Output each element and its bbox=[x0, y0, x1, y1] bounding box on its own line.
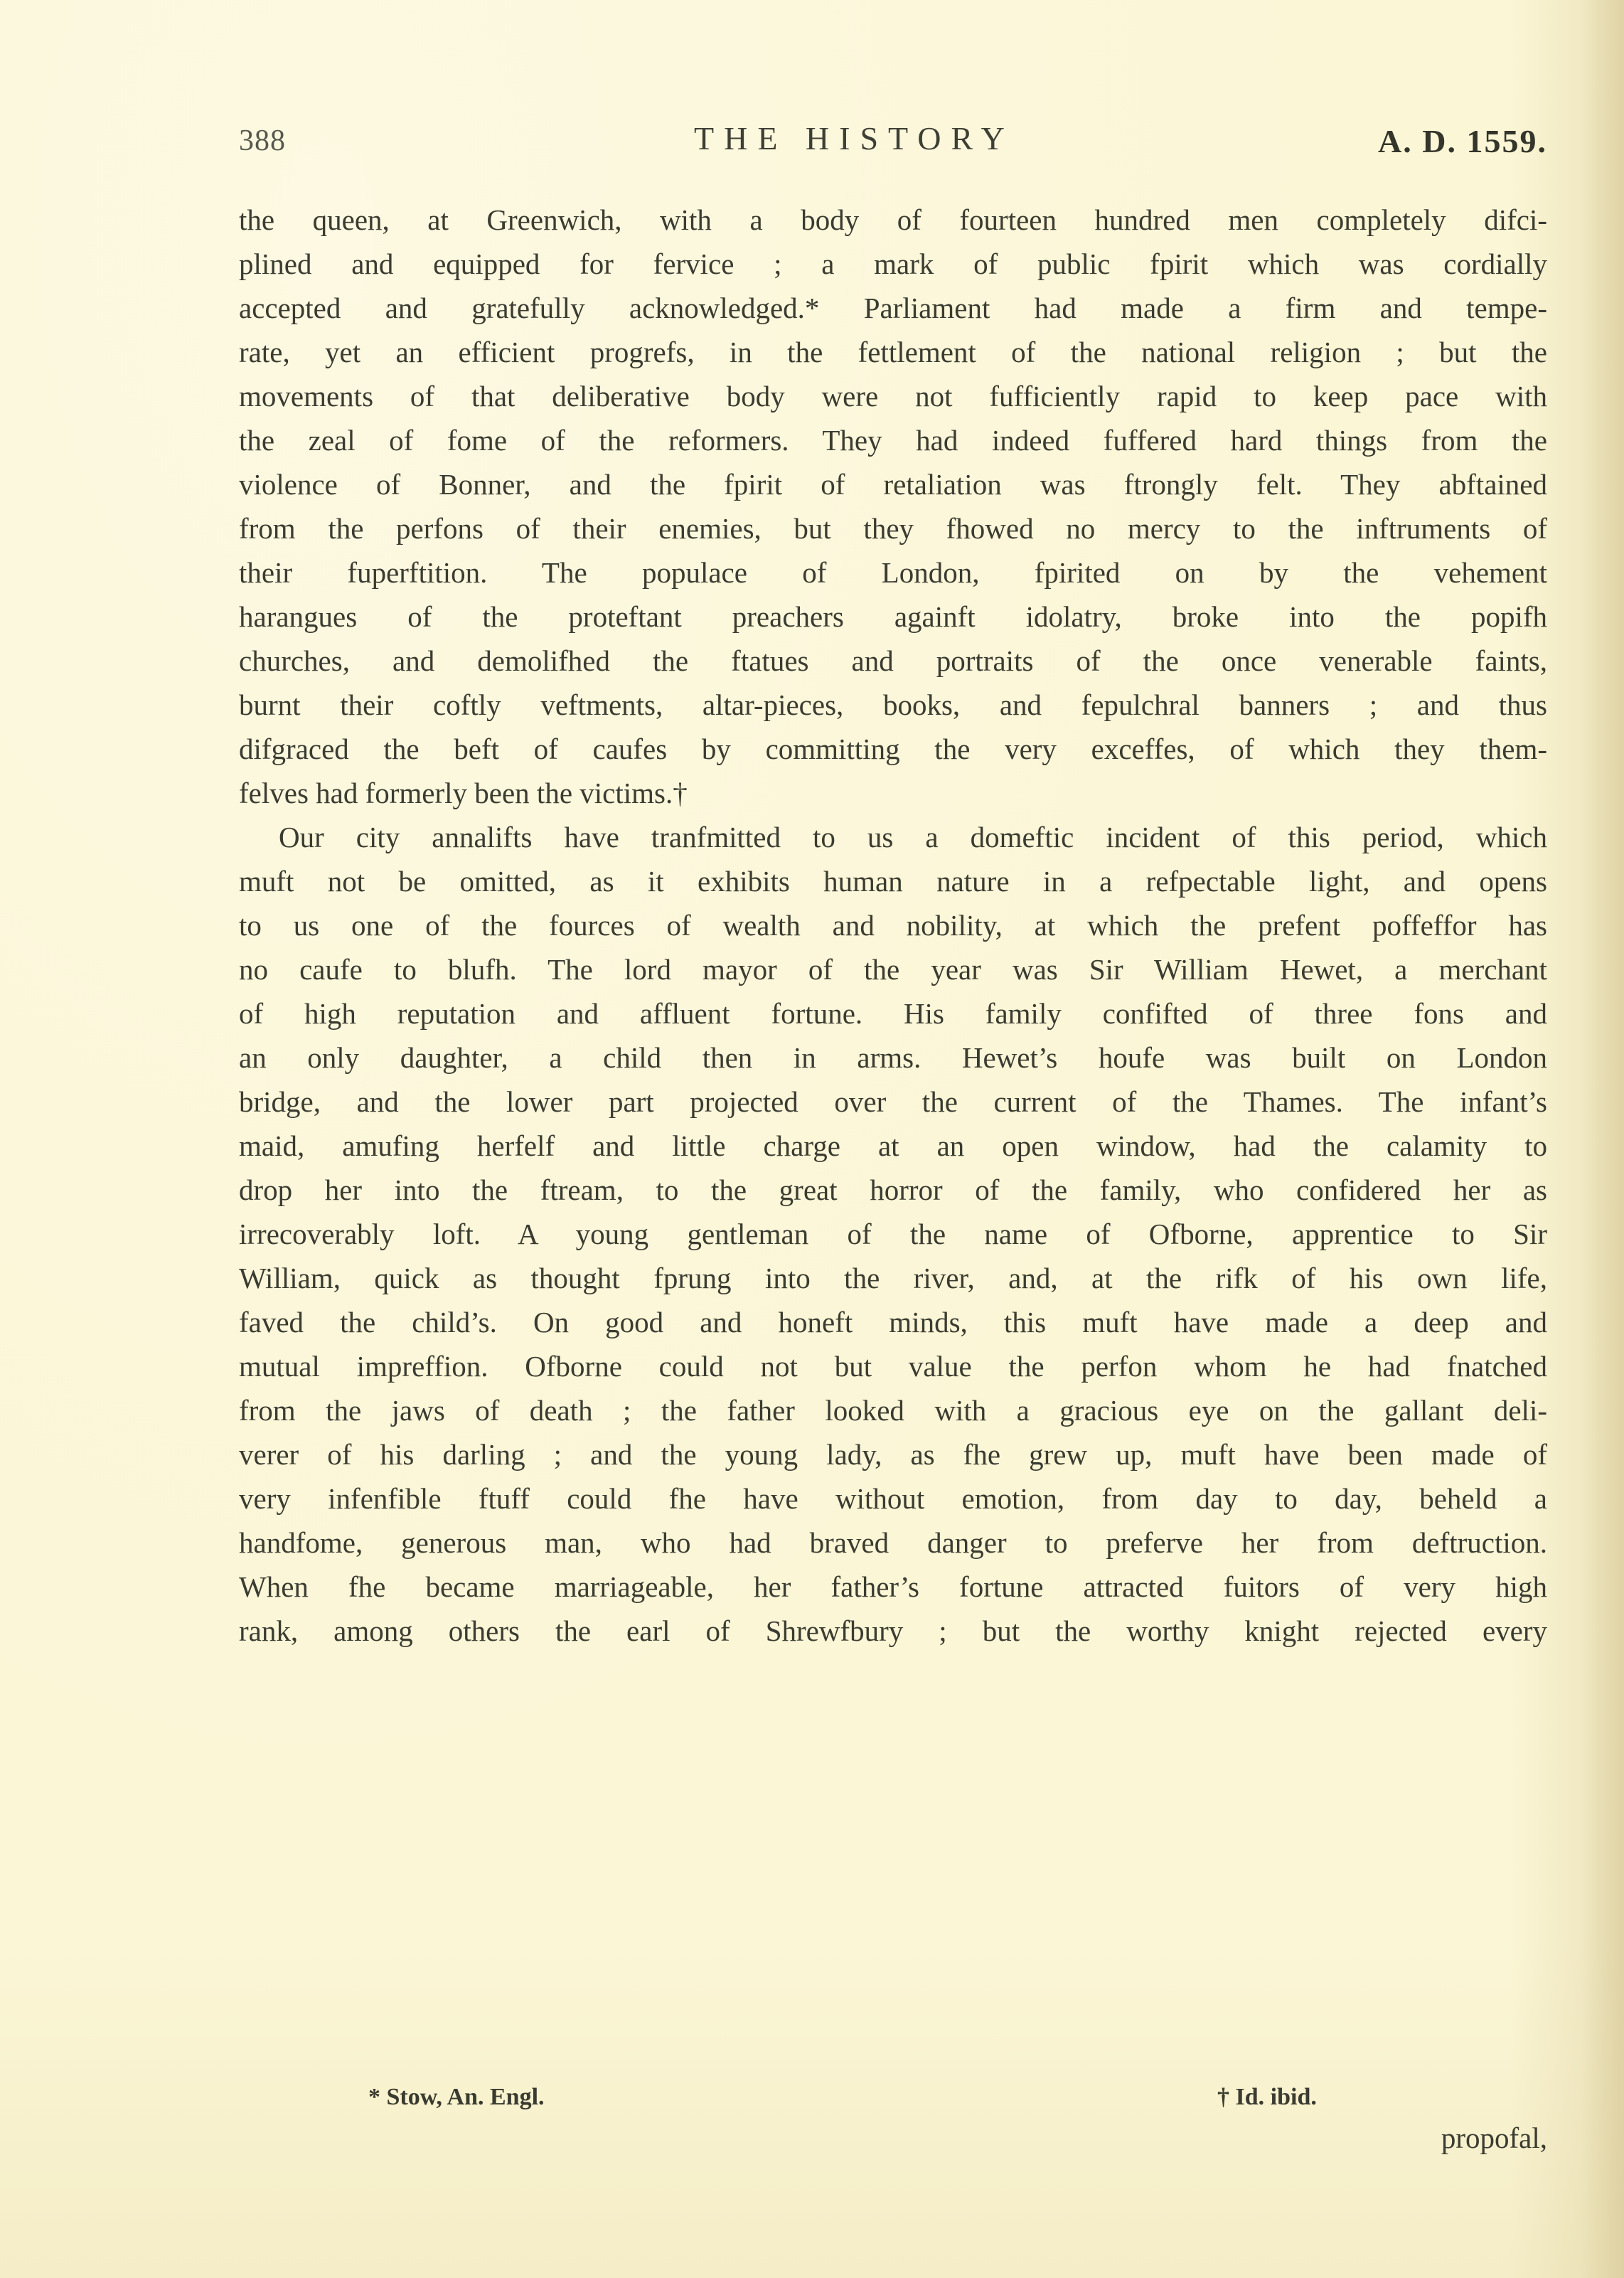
text-line: movements of that deliberative body were… bbox=[239, 374, 1547, 418]
page-number: 388 bbox=[239, 124, 286, 158]
paragraph-end-line: felves had formerly been the victims.† bbox=[239, 771, 1547, 815]
text-line: the queen, at Greenwich, with a body of … bbox=[239, 198, 1547, 242]
text-line: maid, amufing herfelf and little charge … bbox=[239, 1124, 1547, 1168]
text-line: bridge, and the lower part projected ove… bbox=[239, 1080, 1547, 1124]
text-line: rank, among others the earl of Shrewfbur… bbox=[239, 1609, 1547, 1653]
text-line: verer of his darling ; and the young lad… bbox=[239, 1432, 1547, 1476]
text-line: When fhe became marriageable, her father… bbox=[239, 1565, 1547, 1609]
text-line: mutual impreffion. Ofborne could not but… bbox=[239, 1344, 1547, 1388]
text-line: churches, and demolifhed the ftatues and… bbox=[239, 639, 1547, 683]
text-line: of high reputation and affluent fortune.… bbox=[239, 991, 1547, 1036]
running-title: THE HISTORY bbox=[694, 119, 1015, 157]
text-line: no caufe to blufh. The lord mayor of the… bbox=[239, 947, 1547, 991]
book-page: 388 THE HISTORY A. D. 1559. the queen, a… bbox=[0, 0, 1624, 2278]
text-line: to us one of the fources of wealth and n… bbox=[239, 903, 1547, 947]
paragraph-start-line: Our city annalifts have tranfmitted to u… bbox=[239, 815, 1547, 859]
text-line: difgraced the beft of caufes by committi… bbox=[239, 727, 1547, 771]
text-line: William, quick as thought fprung into th… bbox=[239, 1256, 1547, 1300]
text-line: the zeal of fome of the reformers. They … bbox=[239, 418, 1547, 462]
text-line: rate, yet an efficient progrefs, in the … bbox=[239, 330, 1547, 374]
running-head: 388 THE HISTORY A. D. 1559. bbox=[239, 119, 1547, 169]
text-line: muft not be omitted, as it exhibits huma… bbox=[239, 859, 1547, 903]
running-date: A. D. 1559. bbox=[1378, 122, 1547, 160]
text-line: harangues of the proteftant preachers ag… bbox=[239, 595, 1547, 639]
text-line: plined and equipped for fervice ; a mark… bbox=[239, 242, 1547, 286]
text-line: from the jaws of death ; the father look… bbox=[239, 1388, 1547, 1432]
text-line: an only daughter, a child then in arms. … bbox=[239, 1036, 1547, 1080]
text-line: from the perfons of their enemies, but t… bbox=[239, 506, 1547, 550]
text-line: faved the child’s. On good and honeft mi… bbox=[239, 1300, 1547, 1344]
text-line: drop her into the ftream, to the great h… bbox=[239, 1168, 1547, 1212]
footnotes: * Stow, An. Engl. † Id. ibid. bbox=[239, 2084, 1547, 2127]
text-line: violence of Bonner, and the fpirit of re… bbox=[239, 462, 1547, 506]
catchword: propofal, bbox=[1441, 2121, 1547, 2155]
text-line: very infenfible ftuff could fhe have wit… bbox=[239, 1476, 1547, 1521]
text-line: accepted and gratefully acknowledged.* P… bbox=[239, 286, 1547, 330]
footnote-asterisk: * Stow, An. Engl. bbox=[368, 2084, 545, 2111]
footnote-dagger: † Id. ibid. bbox=[1217, 2084, 1317, 2111]
text-line: their fuperftition. The populace of Lond… bbox=[239, 550, 1547, 595]
text-line: irrecoverably loft. A young gentleman of… bbox=[239, 1212, 1547, 1256]
body-text: the queen, at Greenwich, with a body of … bbox=[239, 198, 1547, 1653]
text-line: handfome, generous man, who had braved d… bbox=[239, 1521, 1547, 1565]
text-line: burnt their coftly veftments, altar-piec… bbox=[239, 683, 1547, 727]
page-fold-shadow bbox=[1581, 0, 1624, 2278]
